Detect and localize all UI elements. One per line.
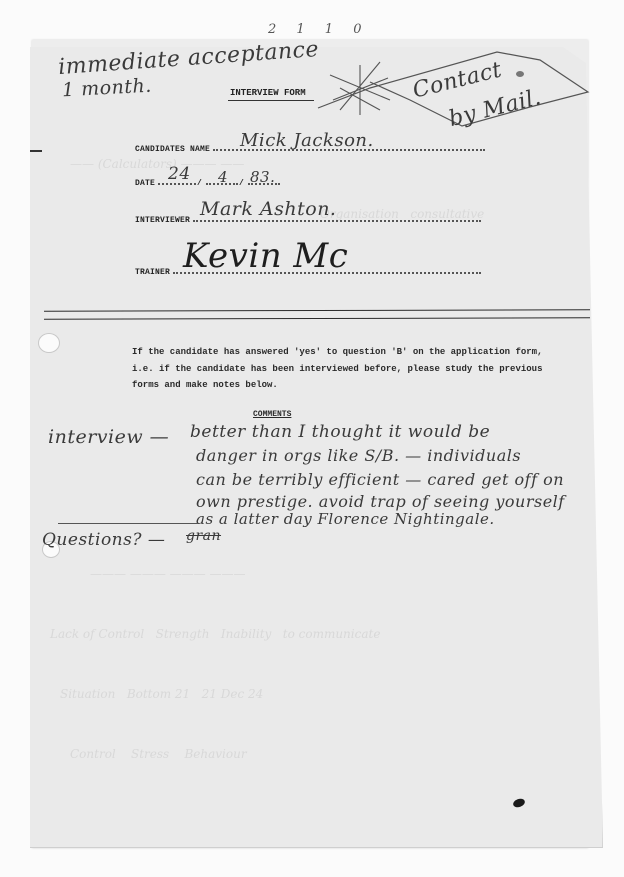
- field-label: TRAINER: [135, 268, 170, 277]
- date-day-value: 24: [168, 164, 191, 184]
- questions-value: gran: [186, 528, 221, 544]
- interview-label: interview —: [48, 426, 169, 448]
- questions-label: Questions? —: [42, 530, 165, 550]
- candidate-name-value: Mick Jackson.: [240, 130, 374, 151]
- instructions-text: If the candidate has answered 'yes' to q…: [132, 344, 562, 394]
- comment-line: can be terribly efficient — cared get of…: [196, 470, 564, 489]
- comment-line: own prestige. avoid trap of seeing yours…: [196, 492, 565, 511]
- comment-line: better than I thought it would be: [190, 422, 490, 442]
- comments-heading: COMMENTS: [253, 410, 291, 419]
- date-year-value: 83.: [250, 168, 275, 186]
- interviewer-value: Mark Ashton.: [200, 198, 336, 220]
- field-label: DATE: [135, 179, 155, 188]
- date-month-value: 4: [218, 168, 228, 186]
- comment-line: danger in orgs like S/B. — individuals: [196, 446, 521, 465]
- dotted-line: [193, 220, 481, 222]
- trainer-value: Kevin Mc: [183, 236, 348, 276]
- asterisk-icon: [330, 62, 390, 115]
- field-label: INTERVIEWER: [135, 216, 190, 225]
- punch-hole: [38, 333, 60, 353]
- field-label: CANDIDATES NAME: [135, 145, 210, 154]
- comment-line: as a latter day Florence Nightingale.: [196, 510, 495, 528]
- handwritten-underline: [58, 523, 198, 524]
